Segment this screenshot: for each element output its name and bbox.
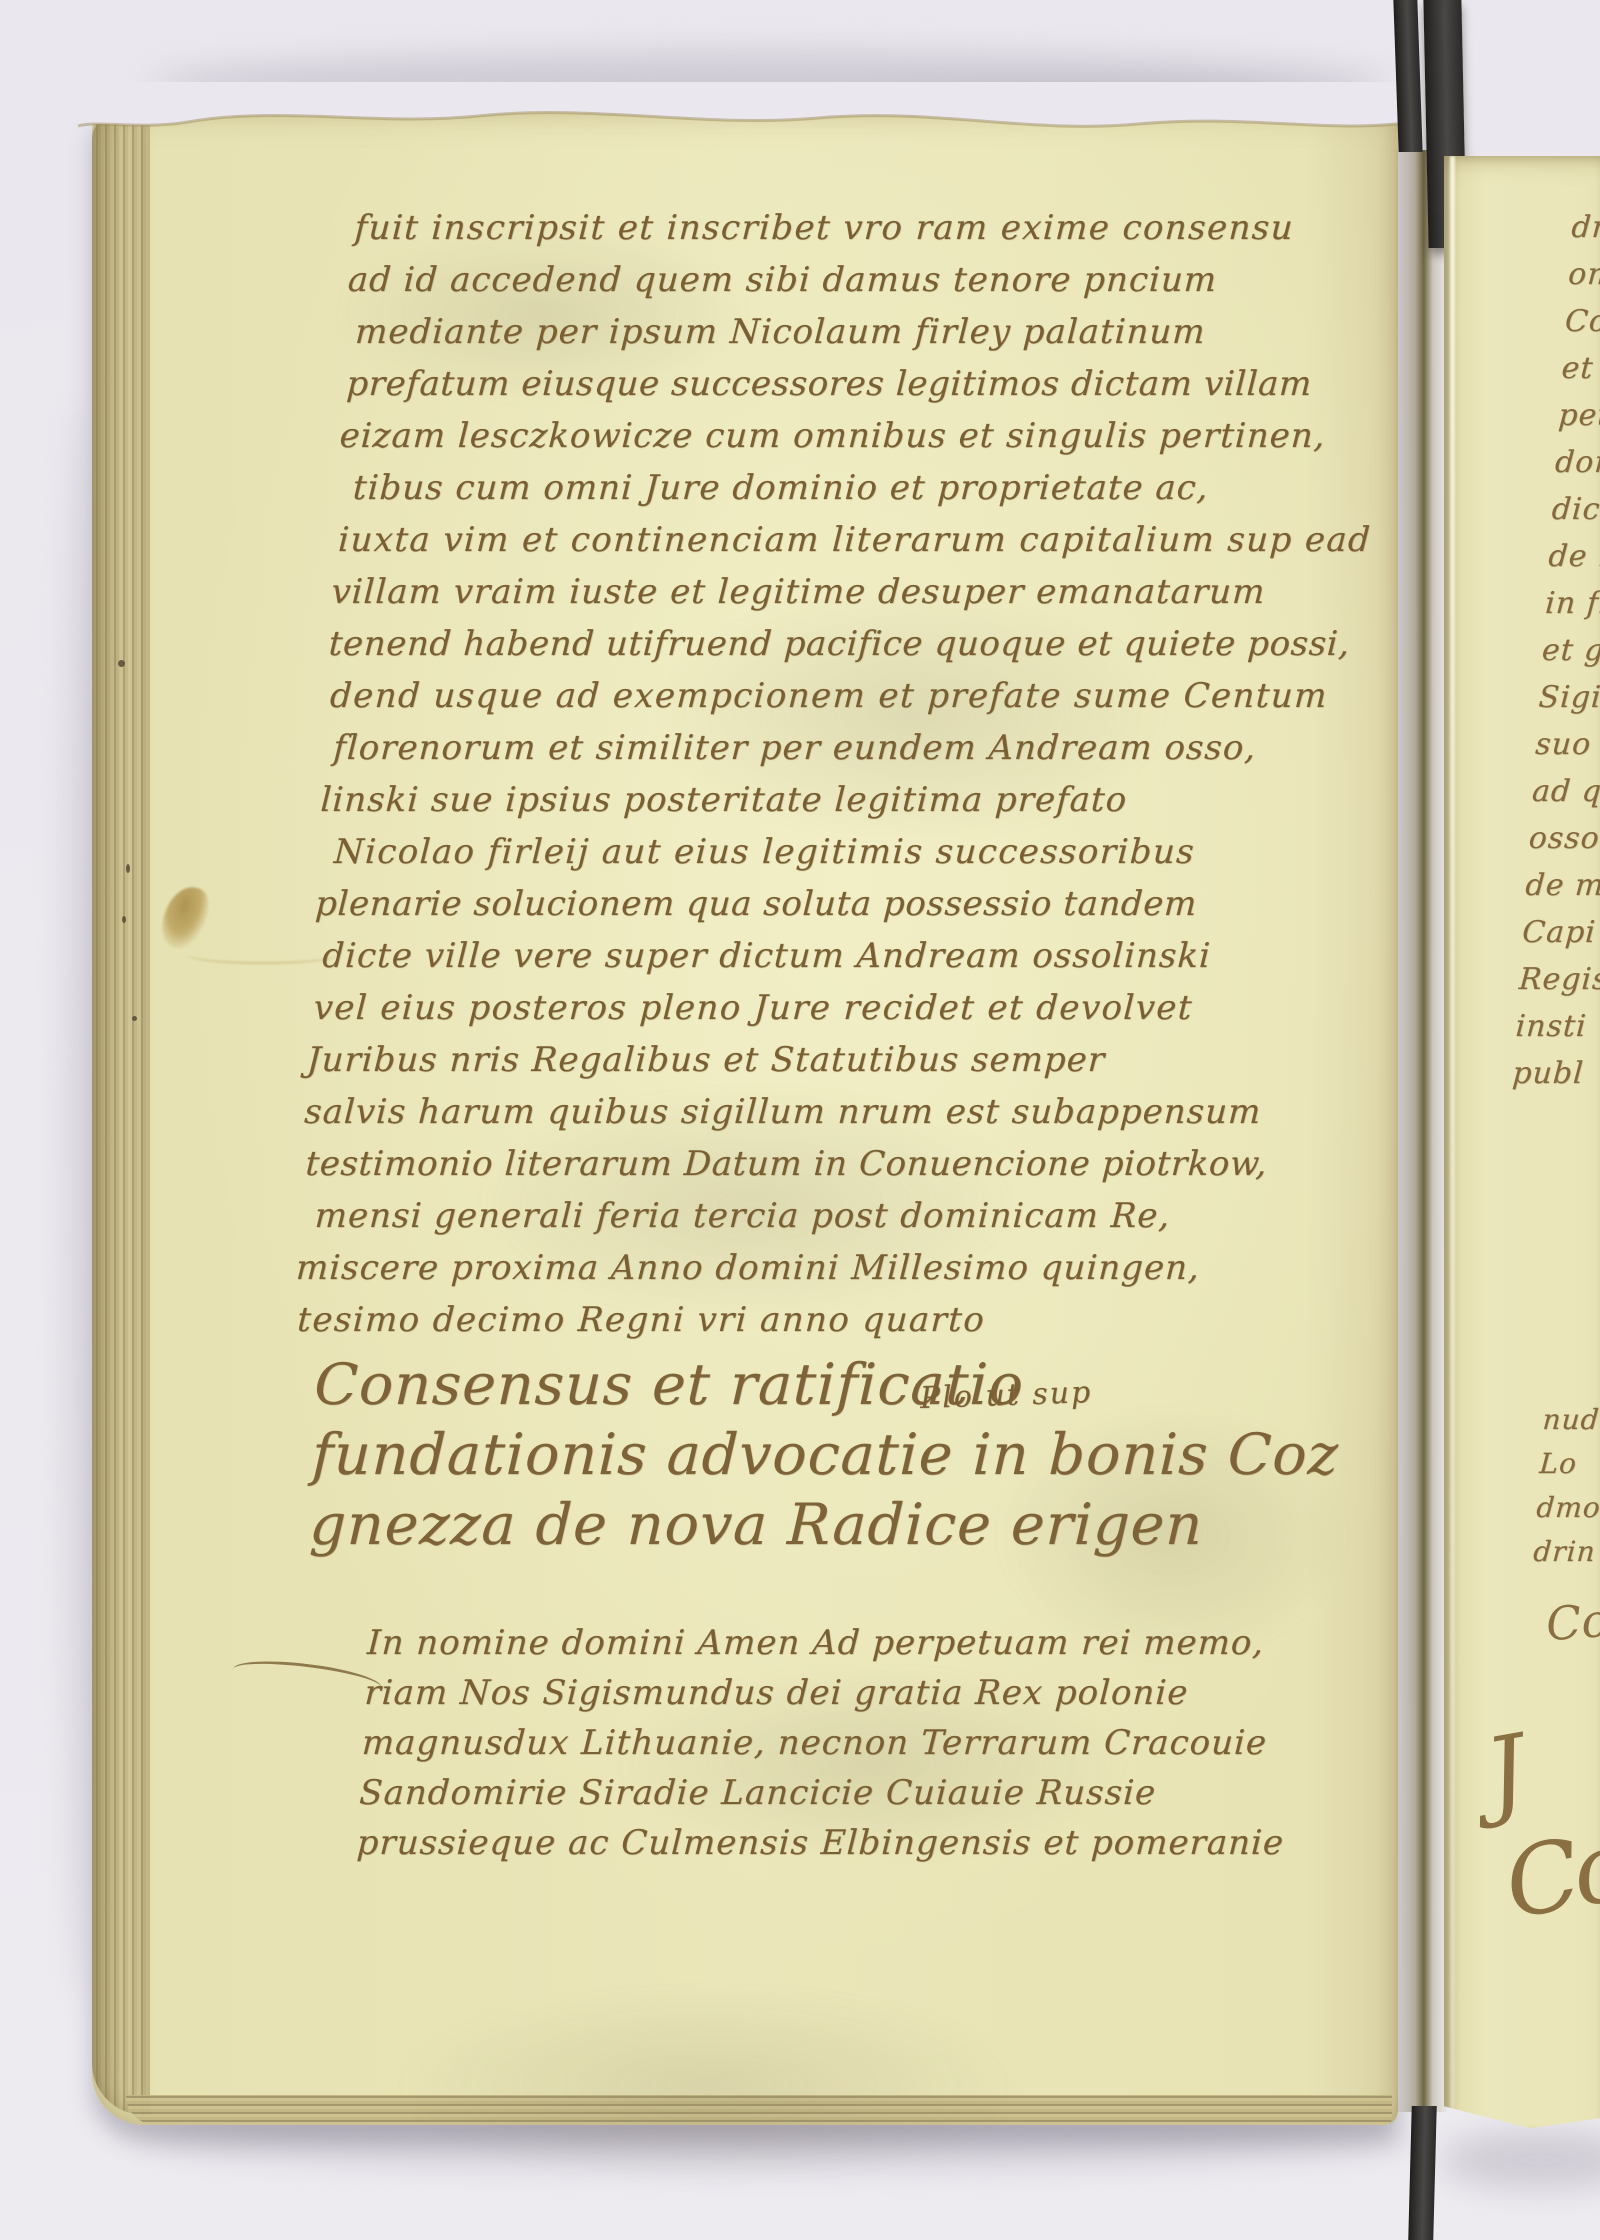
right-page-bottom-shadow	[1440, 2130, 1600, 2190]
manuscript-line: plenarie solucionem qua soluta possessio…	[314, 878, 1277, 930]
manuscript-line: Juribus nris Regalibus et Statutibus sem…	[306, 1034, 1269, 1086]
right-page-text-column: dnu omu Conse et str petre dona dicti de…	[1511, 204, 1600, 1097]
manuscript-line: vel eius posteros pleno Jure recidet et …	[308, 982, 1271, 1034]
right-page-text-fragment: de m	[1547, 533, 1600, 580]
right-page-text-fragment: ad q	[1530, 768, 1600, 815]
section-heading-line: fundationis advocatie in bonis Coz	[311, 1420, 1340, 1490]
manuscript-line: miscere proxima Anno domini Millesimo qu…	[295, 1242, 1258, 1294]
right-page-text-fragment: insti	[1514, 1003, 1600, 1050]
manuscript-line: villam vraim iuste et legitime desuper e…	[330, 566, 1293, 618]
right-page-text-fragment: suo	[1534, 721, 1600, 768]
edge-speck	[126, 864, 130, 873]
manuscript-line: tenend habend utifruend pacifice quoque …	[327, 618, 1290, 670]
manuscript-line: mensi generali feria tercia post dominic…	[297, 1190, 1260, 1242]
right-page-text-fragment: et gr	[1540, 627, 1600, 674]
gutter-shadow	[1394, 150, 1448, 2112]
right-page-large-letters: Con	[1544, 1591, 1600, 1651]
section-heading: Consensus et ratificatio fundationis adv…	[308, 1350, 1342, 1560]
right-page-text-fragment: Capi	[1521, 909, 1600, 956]
manuscript-line: mediante per ipsum Nicolaum firley palat…	[344, 306, 1307, 358]
right-page-text-fragment: Lo	[1538, 1442, 1600, 1486]
right-page-text-fragment: in fl	[1544, 580, 1600, 627]
manuscript-line: dicte ville vere super dictum Andream os…	[311, 930, 1274, 982]
manuscript-photograph: fuit inscripsit et inscribet vro ram exi…	[0, 0, 1600, 2240]
manuscript-line: prefatum eiusque successores legitimos d…	[341, 358, 1304, 410]
page-top-wavy-edge	[78, 82, 1412, 136]
right-page-text-fragment: publ	[1511, 1050, 1600, 1097]
manuscript-line: fuit inscripsit et inscribet vro ram exi…	[349, 202, 1312, 254]
right-page-text-fragment: de m	[1524, 862, 1600, 909]
book-strap-bottom	[1408, 2106, 1437, 2240]
manuscript-line: linski sue ipsius posteritate legitima p…	[319, 774, 1282, 826]
manuscript-line: tesimo decimo Regni vri anno quarto	[292, 1294, 1255, 1346]
right-page-flourish: J Co	[1477, 1699, 1600, 1940]
edge-speck	[122, 916, 126, 923]
section-heading-line: gnezza de nova Radice erigen	[308, 1490, 1337, 1560]
right-page-text-fragment: nud	[1541, 1398, 1600, 1442]
right-page-text-fragment: petre	[1557, 392, 1600, 439]
right-page-text-fragment: Regis	[1517, 956, 1600, 1003]
right-page-lower-fragments: nud Lo dmo drin	[1532, 1398, 1600, 1574]
manuscript-line: iuxta vim et continenciam literarum capi…	[333, 514, 1296, 566]
ink-stain	[157, 882, 213, 954]
manuscript-line: ad id accedend quem sibi damus tenore pn…	[347, 254, 1310, 306]
manuscript-line: testimonio literarum Datum in Conuencion…	[300, 1138, 1263, 1190]
right-page-text-fragment: dona	[1554, 439, 1600, 486]
right-page-text-fragment: osso	[1527, 815, 1600, 862]
lower-paragraph-line: In nomine domini Amen Ad perpetuam rei m…	[366, 1618, 1289, 1668]
lower-paragraph-line: riam Nos Sigismundus dei gratia Rex polo…	[363, 1668, 1286, 1718]
page-fore-edge	[92, 112, 150, 2115]
manuscript-line: Nicolao firleij aut eius legitimis succe…	[317, 826, 1280, 878]
right-page-text-fragment: Sigis	[1537, 674, 1600, 721]
heading-side-note: Plo ut sup	[919, 1375, 1092, 1416]
right-page-edge: dnu omu Conse et str petre dona dicti de…	[1444, 156, 1600, 2134]
lower-text-block: In nomine domini Amen Ad perpetuam rei m…	[355, 1618, 1288, 1868]
book-strap-top	[1393, 0, 1422, 152]
right-page-text-fragment: dmo	[1535, 1486, 1600, 1530]
lower-paragraph-line: prussieque ac Culmensis Elbingensis et p…	[355, 1818, 1278, 1868]
manuscript-line: dend usque ad exempcionem et prefate sum…	[325, 670, 1288, 722]
right-page-text-fragment: dnu	[1570, 204, 1600, 251]
section-heading-line: Consensus et ratificatio	[313, 1350, 1342, 1420]
manuscript-line: eizam lesczkowicze cum omnibus et singul…	[338, 410, 1301, 462]
lower-paragraph-line: magnusdux Lithuanie, necnon Terrarum Cra…	[361, 1718, 1284, 1768]
manuscript-line: salvis harum quibus sigillum nrum est su…	[303, 1086, 1266, 1138]
right-page-text-fragment: et str	[1560, 345, 1600, 392]
edge-speck	[118, 660, 125, 667]
manuscript-line: florenorum et similiter per eundem Andre…	[322, 722, 1285, 774]
lower-paragraph-line: Sandomirie Siradie Lancicie Cuiauie Russ…	[358, 1768, 1281, 1818]
edge-speck	[132, 1016, 137, 1021]
right-page-text-fragment: drin	[1532, 1530, 1599, 1574]
right-page-text-fragment: omu	[1567, 251, 1600, 298]
right-page-text-fragment: Conse	[1563, 298, 1600, 345]
right-page-edge-highlight	[1450, 156, 1455, 2134]
right-page-text-fragment: dicti	[1550, 486, 1600, 533]
manuscript-line: tibus cum omni Jure dominio et proprieta…	[336, 462, 1299, 514]
main-text-block: fuit inscripsit et inscribet vro ram exi…	[292, 202, 1312, 1346]
